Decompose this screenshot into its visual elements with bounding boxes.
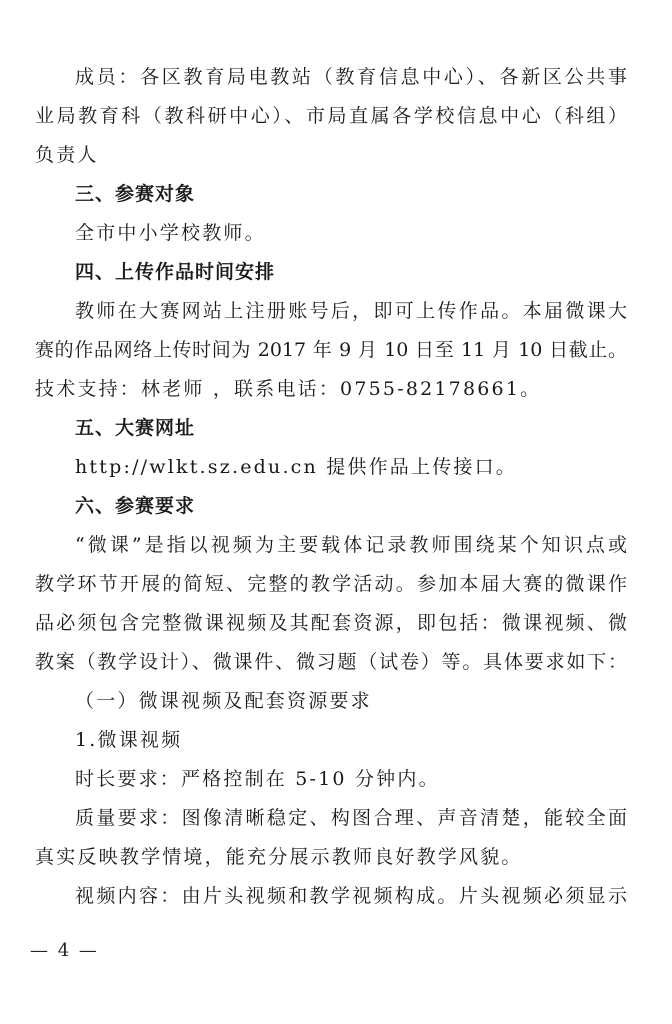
duration-requirement-line: 时长要求：严格控制在 5-10 分钟内。 bbox=[35, 760, 627, 799]
micro-lesson-definition-paragraph: “微课”是指以视频为主要载体记录教师围绕某个知识点或 教学环节开展的简短、完整的… bbox=[35, 526, 627, 682]
members-paragraph: 成员：各区教育局电教站（教育信息中心）、各新区公共事 业局教育科（教科研中心）、… bbox=[35, 58, 627, 175]
text-line: 品必须包含完整微课视频及其配套资源，即包括：微课视频、微 bbox=[35, 604, 627, 643]
subsection-heading-video-resources: （一）微课视频及配套资源要求 bbox=[35, 682, 627, 721]
text-line: 负责人 bbox=[35, 136, 627, 175]
text-line: 赛的作品网络上传时间为 2017 年 9 月 10 日至 11 月 10 日截止… bbox=[35, 331, 627, 370]
section-heading-website: 五、大赛网址 bbox=[35, 409, 627, 448]
text-line: 成员：各区教育局电教站（教育信息中心）、各新区公共事 bbox=[35, 58, 627, 97]
text-line: 业局教育科（教科研中心）、市局直属各学校信息中心（科组） bbox=[35, 97, 627, 136]
text-line: 教案（教学设计）、微课件、微习题（试卷）等。具体要求如下： bbox=[35, 643, 627, 682]
item-heading-micro-video: 1.微课视频 bbox=[35, 721, 627, 760]
section-heading-participants: 三、参赛对象 bbox=[35, 175, 627, 214]
website-url-line: http://wlkt.sz.edu.cn 提供作品上传接口。 bbox=[35, 448, 627, 487]
text-line: 技术支持：林老师 ，联系电话：0755-82178661。 bbox=[35, 370, 627, 409]
text-line: 教师在大赛网站上注册账号后，即可上传作品。本届微课大 bbox=[35, 292, 627, 331]
text-line: 教学环节开展的简短、完整的教学活动。参加本届大赛的微课作 bbox=[35, 565, 627, 604]
upload-schedule-paragraph: 教师在大赛网站上注册账号后，即可上传作品。本届微课大 赛的作品网络上传时间为 2… bbox=[35, 292, 627, 409]
text-line: 质量要求：图像清晰稳定、构图合理、声音清楚，能较全面 bbox=[35, 799, 627, 838]
text-line: 真实反映教学情境，能充分展示教师良好教学风貌。 bbox=[35, 838, 627, 877]
document-page: 成员：各区教育局电教站（教育信息中心）、各新区公共事 业局教育科（教科研中心）、… bbox=[35, 58, 627, 916]
page-number: — 4 — bbox=[30, 940, 99, 961]
section-heading-upload-schedule: 四、上传作品时间安排 bbox=[35, 253, 627, 292]
quality-requirement-paragraph: 质量要求：图像清晰稳定、构图合理、声音清楚，能较全面 真实反映教学情境，能充分展… bbox=[35, 799, 627, 877]
text-line: 全市中小学校教师。 bbox=[35, 214, 627, 253]
text-line: “微课”是指以视频为主要载体记录教师围绕某个知识点或 bbox=[35, 526, 627, 565]
section-heading-requirements: 六、参赛要求 bbox=[35, 487, 627, 526]
video-content-line: 视频内容：由片头视频和教学视频构成。片头视频必须显示 bbox=[35, 877, 627, 916]
